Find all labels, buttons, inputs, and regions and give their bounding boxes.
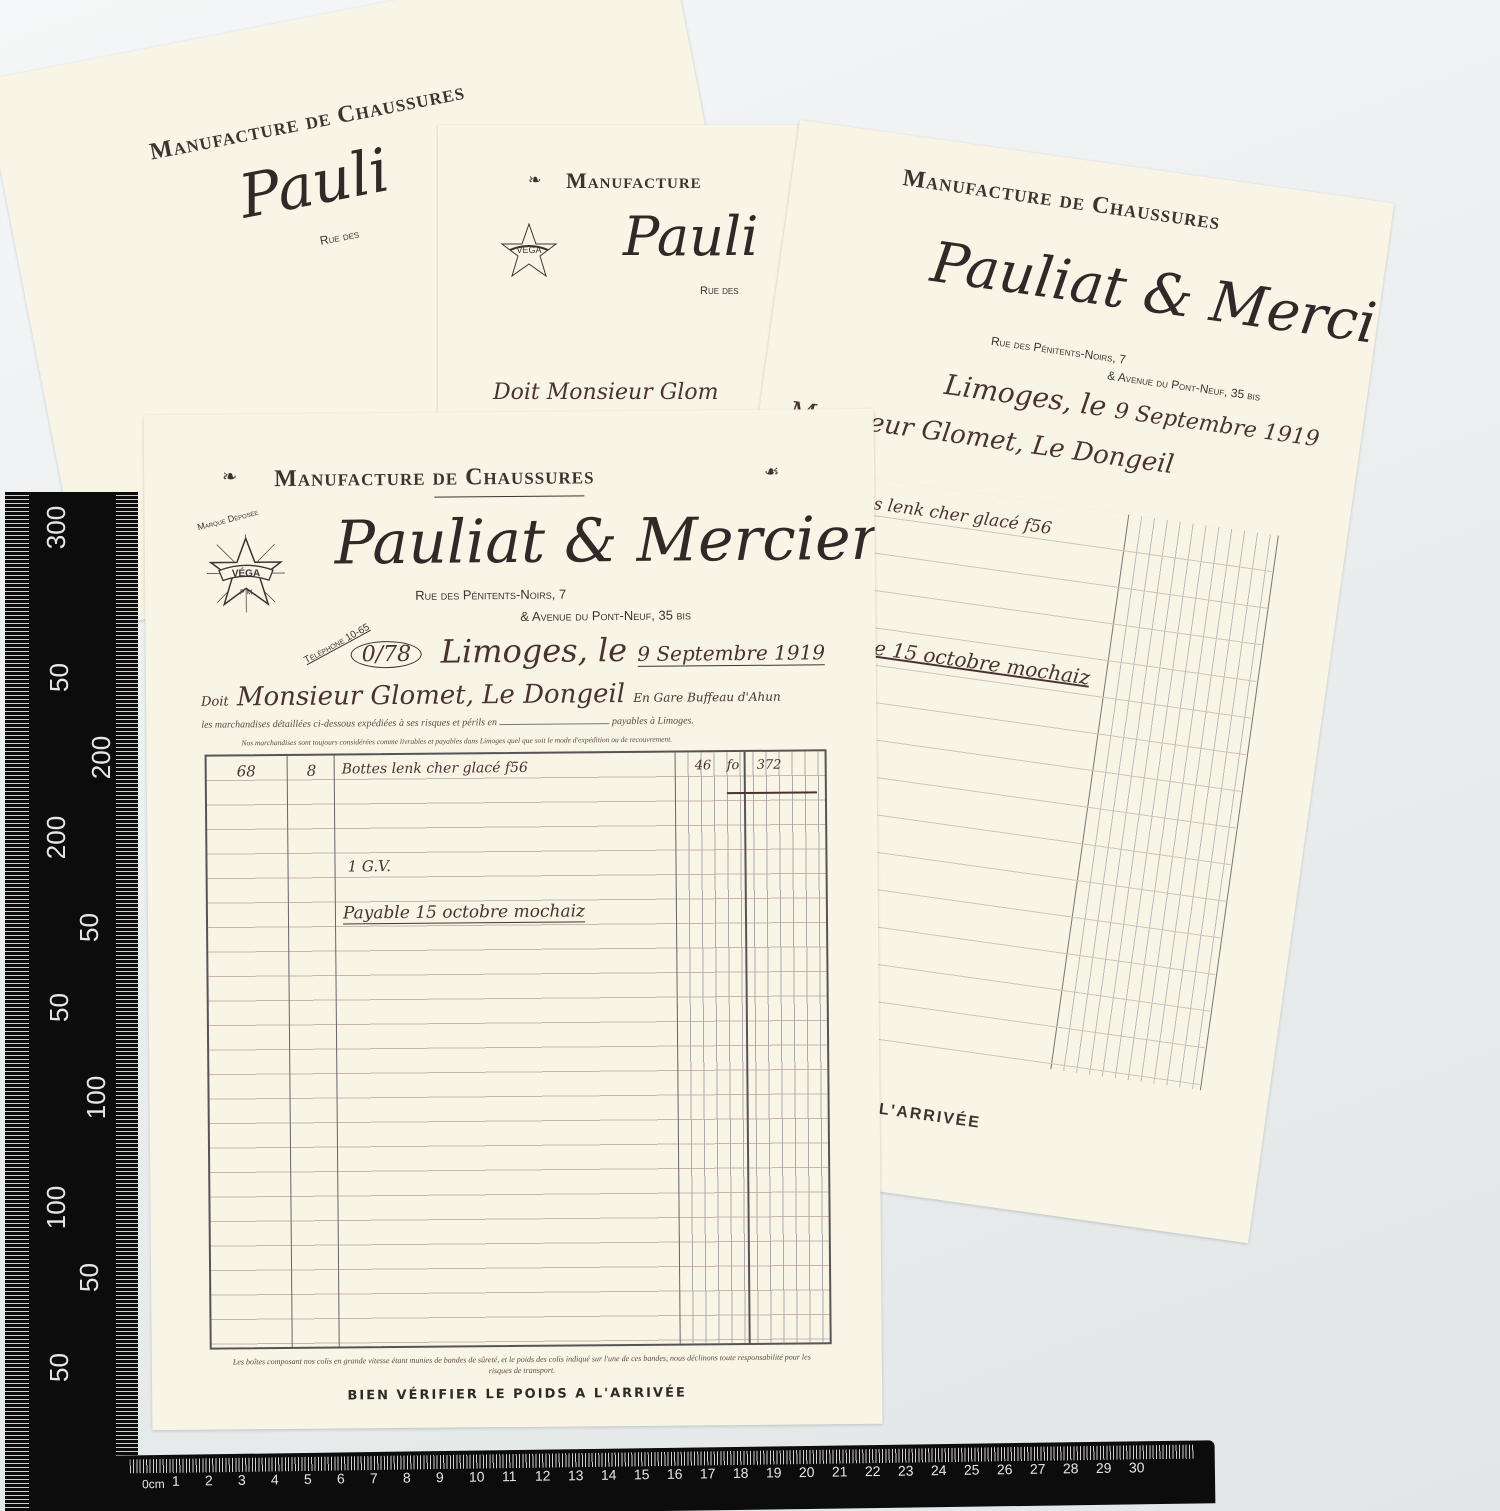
customer-name: Monsieur Glomet, (237, 680, 474, 712)
vertical-ruler[interactable]: 300 50 200 200 50 50 100 100 50 50 (5, 492, 138, 1511)
address-partial: Rue des (700, 285, 739, 297)
svg-text:P M: P M (240, 589, 253, 596)
ledger-table: 68 8 Bottes lenk cher glacé f56 46 fo 37… (205, 749, 832, 1349)
vega-star-logo-icon: VEGA (498, 220, 560, 282)
address-line2: & Avenue du Pont-Neuf, 35 bis (520, 607, 691, 623)
leaf-ornament-right-icon: ❧ (764, 462, 779, 483)
item-unit: fo (727, 758, 740, 773)
header-title: Manufacture de Chaussures (901, 165, 1222, 236)
ruler-label: 100 (81, 1076, 112, 1119)
header-title: Manufacture (566, 168, 702, 194)
footer-warning: BIEN VÉRIFIER LE POIDS A L'ARRIVÉE (152, 1384, 882, 1405)
item-description: Bottes lenk cher glacé f56 (342, 760, 528, 778)
ruler-label: 50 (44, 663, 75, 692)
col-divider (334, 756, 340, 1347)
merchandise-line: les marchandises détaillées ci-dessous e… (201, 715, 694, 730)
ruler-label: 200 (41, 816, 72, 859)
ruler-label: 200 (86, 736, 117, 779)
ruler-label: 100 (41, 1186, 72, 1229)
item-unit-price: 46 (695, 758, 712, 773)
trademark-label: Marque Déposée (196, 507, 259, 532)
terms-line: Nos marchandises sont toujours considéré… (241, 735, 672, 748)
svg-text:VÉGA: VÉGA (232, 566, 260, 579)
svg-text:VEGA: VEGA (516, 245, 541, 255)
vega-star-logo-icon: VÉGA P M (205, 532, 288, 615)
address-partial: Rue des (319, 227, 361, 248)
item-total: 372 (757, 758, 782, 773)
footer-note: Les boîtes composant nos colis en grande… (227, 1351, 817, 1378)
leaf-ornament-left-icon: ❧ (222, 466, 237, 487)
reference-number: 0/78 (351, 641, 423, 669)
company-name: Pauliat & Mercier (334, 504, 879, 579)
ruler-unit-label: 0cm (142, 1477, 165, 1491)
address-line1: Rue des Pénitents-Noirs, 7 (990, 334, 1127, 367)
amount-grid (675, 751, 833, 1343)
city-prefix: Limoges, le (440, 631, 627, 671)
customer-location: Le Dongeil (482, 679, 625, 710)
doit-label: Doit (201, 694, 229, 709)
ruler-label: 300 (41, 506, 72, 549)
company-name-partial: Pauli (623, 205, 758, 268)
company-name-partial: Pauli (234, 135, 395, 232)
invoice-sheet-front: ❧ Manufacture de Chaussures ❧ Marque Dép… (144, 409, 883, 1430)
col-divider (287, 756, 293, 1347)
ruler-ticks-right (116, 492, 138, 1511)
customer-line: Doit Monsieur Glomet, Le Dongeil En Gare… (201, 678, 781, 713)
item-qty: 8 (307, 762, 317, 780)
ruler-label: 50 (44, 993, 75, 1022)
customer-location: Le Dongeil (1030, 431, 1176, 481)
ruler-label: 50 (74, 1263, 105, 1292)
address-line1: Rue des Pénitents-Noirs, 7 (415, 587, 566, 603)
header-title: Manufacture de Chaussures (274, 463, 595, 493)
city-date: Limoges, le 9 Septembre 1919 (440, 629, 825, 670)
city-prefix: Limoges, le (942, 368, 1108, 423)
note-payable: Payable 15 octobre mochaiz (343, 901, 585, 924)
note-gv: 1 G.V. (347, 857, 391, 875)
ruler-label: 50 (74, 913, 105, 942)
invoice-sheet-back-middle: ❧ Manufacture VEGA Pauli Rue des Doit Mo… (438, 125, 808, 425)
delivery-destination: En Gare Buffeau d'Ahun (633, 690, 780, 705)
ruler-label: 50 (44, 1353, 75, 1382)
header-underline (434, 495, 584, 497)
leaf-ornament-icon: ❧ (528, 170, 541, 190)
invoice-date: 9 Septembre 1919 (1113, 399, 1321, 452)
doit-line-partial: Doit Monsieur Glom (493, 380, 718, 405)
invoice-date: 9 Septembre 1919 (637, 640, 825, 667)
item-ref: 68 (237, 762, 256, 780)
